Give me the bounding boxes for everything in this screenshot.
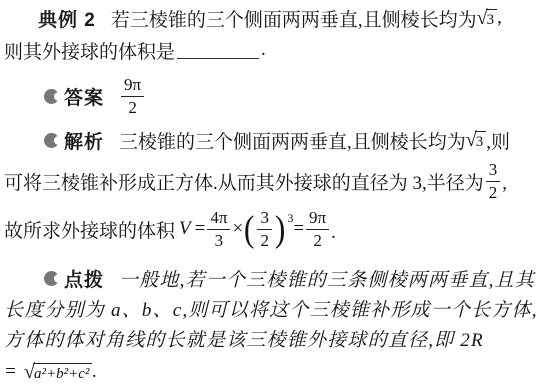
tip-line-3: 方体的体对角线的长就是该三棱锥外接球的直径,即 2R	[4, 325, 536, 351]
analysis-text-2: 可将三棱锥补形成正方体.从而其外接球的直径为 3,半径为	[4, 168, 484, 195]
analysis-text-3: 故所求外接球的体积	[4, 216, 175, 243]
close-paren: )	[275, 211, 285, 248]
section-bullet-icon	[44, 271, 59, 286]
fraction-denominator: 2	[128, 97, 137, 118]
problem-text-1-tail: ,	[497, 7, 502, 29]
fraction-numerator: 9π	[121, 75, 144, 97]
analysis-text-1-tail: ,则	[486, 127, 510, 154]
problem-line-1: 典例 2 若三棱锥的三个侧面两两垂直,且侧棱长均为 √ 3 ,	[4, 5, 536, 31]
tip-line-2: 长度分别为 a、b、c,则可以将这个三棱锥补形成一个长方体,长	[4, 295, 536, 321]
problem-text-2: 则其外接球的体积是	[4, 37, 175, 64]
tip-equals: =	[4, 361, 18, 383]
analysis-line-2: 可将三棱锥补形成正方体.从而其外接球的直径为 3,半径为 3 2 ,	[4, 158, 536, 204]
analysis-text-2-tail: ,	[502, 173, 507, 195]
answer-row: 答案 9π 2	[4, 74, 536, 118]
analysis-line-1: 解析 三棱锥的三个侧面两两垂直,且侧棱长均为 √ 3 ,则	[4, 127, 536, 153]
section-bullet-icon	[44, 133, 59, 148]
analysis-label: 解析	[64, 127, 104, 154]
open-paren: (	[244, 211, 254, 248]
formula-period: .	[331, 222, 336, 244]
radius-fraction: 3 2	[486, 160, 501, 202]
times-sign: ×	[232, 218, 243, 240]
section-bullet-icon	[44, 89, 59, 104]
textbook-page: 典例 2 若三棱锥的三个侧面两两垂直,且侧棱长均为 √ 3 , 则其外接球的体积…	[0, 0, 540, 389]
sqrt-3-radical: √ 3	[466, 130, 486, 151]
three-halves-fraction: 3 2	[257, 208, 272, 250]
equals-sign: =	[293, 218, 304, 240]
answer-label: 答案	[64, 83, 104, 110]
analysis-line-3: 故所求外接球的体积 V = 4π 3 × ( 3 2 ) 3 = 9π 2 .	[4, 205, 536, 253]
example-label: 典例 2	[38, 5, 96, 32]
fraction-numerator: 3	[486, 160, 501, 182]
tip-line-4: = √ a²+b²+c² .	[4, 355, 536, 389]
fraction-denominator: 2	[260, 230, 269, 251]
fraction-denominator: 2	[489, 182, 498, 203]
radicand: a²+b²+c²	[33, 363, 92, 383]
answer-fraction: 9π 2	[121, 75, 144, 117]
answer-blank	[177, 57, 259, 59]
equals-sign: =	[195, 218, 206, 240]
tip-text-2: 长度分别为 a、b、c,则可以将这个三棱锥补形成一个长方体,长	[4, 295, 540, 322]
fraction-denominator: 3	[215, 230, 224, 251]
radicand: 3	[475, 131, 487, 151]
sqrt-a2b2c2-radical: √ a²+b²+c²	[24, 362, 92, 383]
tip-text-1: 一般地,若一个三棱锥的三条侧棱两两垂直,且其	[119, 265, 535, 292]
analysis-text-1: 三棱锥的三个侧面两两垂直,且侧棱长均为	[119, 127, 466, 154]
volume-variable: V	[179, 218, 191, 240]
fraction-denominator: 2	[313, 230, 322, 251]
tip-period: .	[92, 361, 98, 383]
tip-line-1: 点拨 一般地,若一个三棱锥的三条侧棱两两垂直,且其	[4, 265, 536, 291]
fraction-numerator: 9π	[306, 208, 329, 230]
tip-label: 点拨	[64, 265, 104, 292]
problem-text-2-tail: .	[261, 39, 266, 61]
fraction-numerator: 3	[257, 208, 272, 230]
sqrt-3-radical: √ 3	[477, 8, 497, 29]
problem-text-1: 若三棱锥的三个侧面两两垂直,且侧棱长均为	[111, 5, 477, 32]
four-pi-thirds-fraction: 4π 3	[207, 208, 230, 250]
radicand: 3	[486, 9, 498, 29]
fraction-numerator: 4π	[207, 208, 230, 230]
tip-text-3: 方体的体对角线的长就是该三棱锥外接球的直径,即 2R	[4, 325, 484, 352]
nine-pi-halves-fraction: 9π 2	[306, 208, 329, 250]
problem-line-2: 则其外接球的体积是 .	[4, 37, 536, 63]
